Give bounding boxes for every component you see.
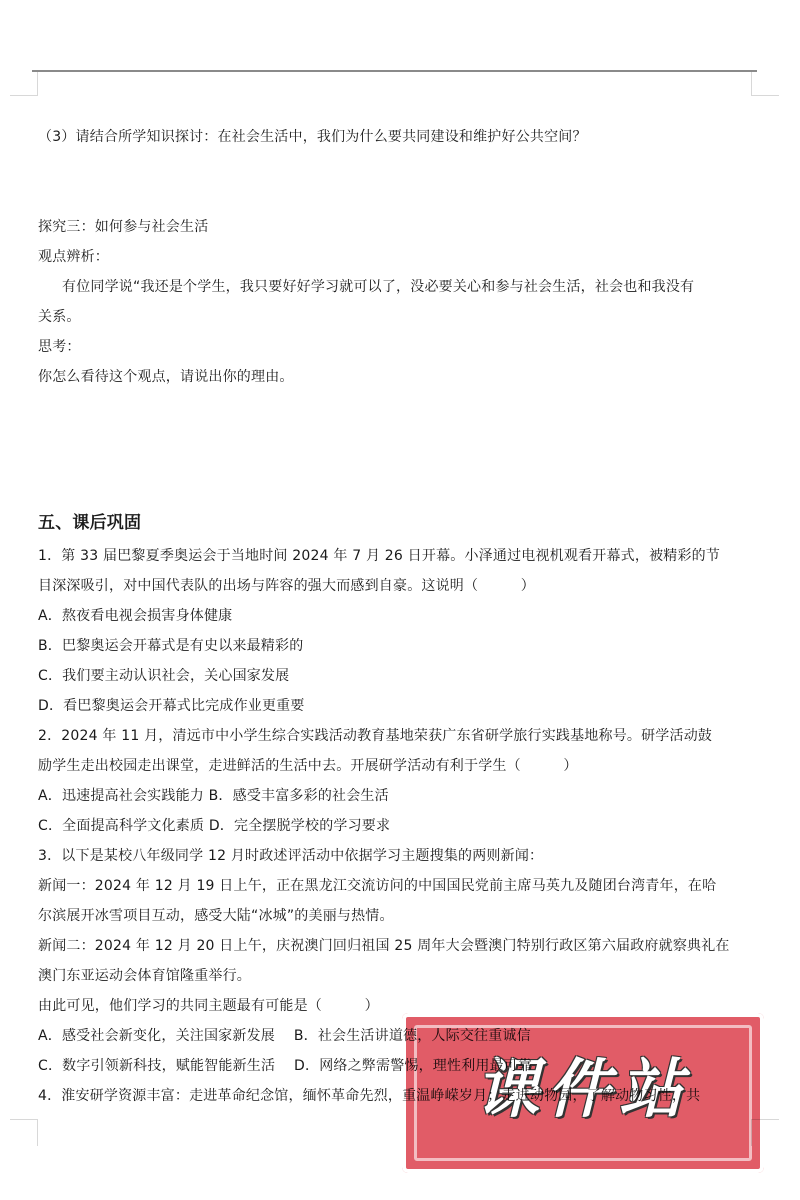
- corner-mark-top-left: [10, 72, 38, 96]
- q2-options-line-2: C．全面提高科学文化素质 D．完全摆脱学校的学习要求: [38, 817, 390, 835]
- q3-ask: 由此可见，他们学习的共同主题最有可能是（ ）: [38, 997, 379, 1015]
- q1-option-a: A．熬夜看电视会损害身体健康: [38, 607, 232, 625]
- q2-stem-line-1: 2．2024 年 11 月，清远市中小学生综合实践活动教育基地荣获广东省研学旅行…: [38, 727, 712, 745]
- viewpoint-label: 观点辨析：: [38, 248, 109, 266]
- q3-prompt: （3）请结合所学知识探讨：在社会生活中，我们为什么要共同建设和维护好公共空间？: [38, 128, 587, 146]
- q2-stem-line-2: 励学生走出校园走出课堂，走进鲜活的生活中去。开展研学活动有利于学生（ ）: [38, 757, 578, 775]
- think-question: 你怎么看待这个观点，请说出你的理由。: [38, 368, 294, 386]
- q3-news1-line-2: 尔滨展开冰雪项目互动，感受大陆“冰城”的美丽与热情。: [38, 907, 394, 925]
- section-heading: 五、课后巩固: [38, 514, 141, 532]
- q1-option-b: B．巴黎奥运会开幕式是有史以来最精彩的: [38, 637, 303, 655]
- q2-options-line-1: A．迅速提高社会实践能力 B．感受丰富多彩的社会生活: [38, 787, 389, 805]
- corner-mark-top-right: [751, 72, 779, 96]
- think-label: 思考：: [38, 338, 81, 356]
- corner-mark-bottom-left: [10, 1119, 38, 1146]
- watermark-stamp: 课件站: [402, 1013, 764, 1173]
- quote-line-2: 关系。: [38, 308, 81, 326]
- q3-news2-line-2: 澳门东亚运动会体育馆隆重举行。: [38, 967, 251, 985]
- q1-option-d: D．看巴黎奥运会开幕式比完成作业更重要: [38, 697, 305, 715]
- explore3-title: 探究三：如何参与社会生活: [38, 218, 208, 236]
- header-rule: [32, 70, 757, 72]
- quote-line-1: 有位同学说“我还是个学生，我只要好好学习就可以了，没必要关心和参与社会生活，社会…: [62, 278, 694, 296]
- q1-stem-line-1: 1．第 33 届巴黎夏季奥运会于当地时间 2024 年 7 月 26 日开幕。小…: [38, 547, 720, 565]
- q3-news2-line-1: 新闻二：2024 年 12 月 20 日上午，庆祝澳门回归祖国 25 周年大会暨…: [38, 937, 730, 955]
- q3-stem: 3．以下是某校八年级同学 12 月时政述评活动中依据学习主题搜集的两则新闻：: [38, 847, 543, 865]
- q1-stem-line-2: 目深深吸引，对中国代表队的出场与阵容的强大而感到自豪。这说明（ ）: [38, 577, 535, 595]
- q1-option-c: C．我们要主动认识社会，关心国家发展: [38, 667, 289, 685]
- watermark-text: 课件站: [402, 1055, 764, 1125]
- q3-news1-line-1: 新闻一：2024 年 12 月 19 日上午，正在黑龙江交流访问的中国国民党前主…: [38, 877, 716, 895]
